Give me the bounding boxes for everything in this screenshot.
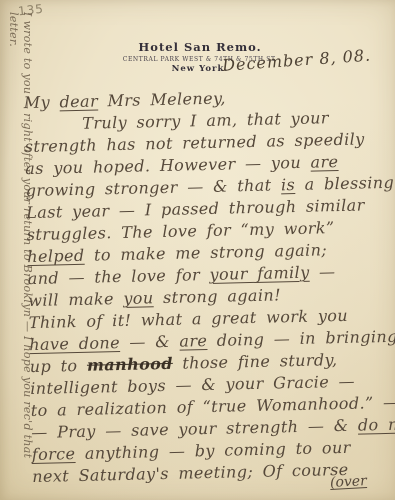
letter-body: My dear Mrs Meleney,Truly sorry I am, th…: [24, 84, 393, 488]
struck-word: manhood: [87, 354, 173, 375]
text-segment: those fine sturdy,: [173, 350, 338, 373]
underlined-word: force: [32, 444, 76, 464]
underlined-word: do not: [358, 414, 395, 434]
text-segment: — &: [120, 332, 180, 352]
text-segment: and — the love for: [28, 265, 210, 288]
underlined-word: your family: [209, 263, 309, 284]
underlined-word: have done: [29, 333, 120, 354]
letter-scan-page: 135 I wrote to you — right after your re…: [0, 0, 395, 500]
text-segment: strong again!: [153, 285, 281, 307]
text-segment: Mrs Meleney,: [98, 89, 226, 111]
underlined-word: are: [310, 152, 338, 172]
text-segment: My: [24, 92, 60, 112]
over-label: (over: [330, 473, 368, 491]
underlined-word: are: [179, 331, 207, 351]
underlined-word: helped: [27, 246, 85, 266]
text-segment: doing — in bringing: [207, 327, 395, 350]
underlined-word: is: [281, 175, 296, 194]
text-segment: —: [309, 262, 335, 282]
underlined-word: you: [123, 288, 154, 308]
text-segment: up to: [30, 356, 88, 376]
text-segment: a blessing.: [295, 173, 395, 194]
text-segment: will make: [28, 289, 124, 310]
underlined-word: dear: [59, 91, 98, 111]
